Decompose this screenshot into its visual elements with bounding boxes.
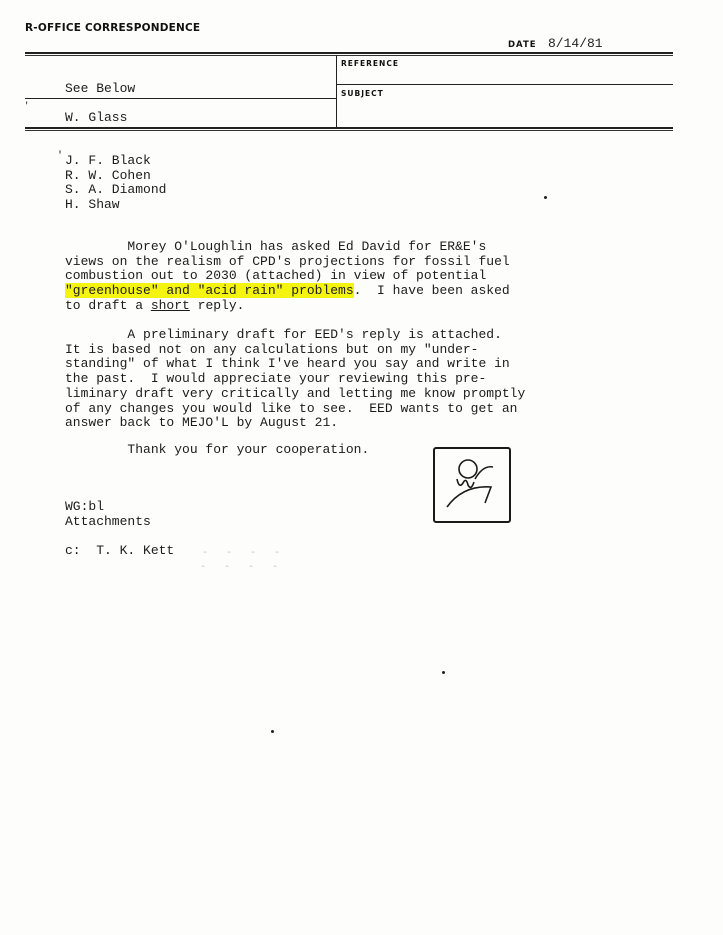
recipient: J. F. Black	[65, 154, 166, 169]
body-text: reply.	[190, 298, 245, 313]
recipient-list: J. F. Black R. W. Cohen S. A. Diamond H.…	[65, 154, 166, 213]
header-divider	[336, 55, 337, 128]
body-line: of any changes you would like to see. EE…	[65, 402, 525, 417]
cc-line: c: T. K. Kett	[65, 544, 174, 559]
closing-line: Thank you for your cooperation.	[65, 443, 369, 458]
from-field: W. Glass	[65, 111, 127, 126]
reference-label: REFERENCE	[341, 59, 399, 68]
stray-mark: '	[24, 101, 29, 111]
body-line: A preliminary draft for EED's reply is a…	[65, 328, 525, 343]
paragraph-1: Morey O'Loughlin has asked Ed David for …	[65, 240, 510, 314]
body-line: the past. I would appreciate your review…	[65, 372, 525, 387]
header-top-rule	[25, 52, 673, 56]
body-line: standing" of what I think I've heard you…	[65, 357, 525, 372]
body-line: answer back to MEJO'L by August 21.	[65, 416, 525, 431]
body-text: to draft a	[65, 298, 151, 313]
stray-mark: '	[57, 151, 63, 162]
subject-label: SUBJECT	[341, 89, 384, 98]
signature-initials-icon	[435, 449, 509, 521]
body-text: . I have been asked	[354, 283, 510, 298]
faint-dashes: - - - -	[202, 548, 286, 559]
body-line: Morey O'Loughlin has asked Ed David for …	[65, 240, 510, 255]
body-line: liminary draft very critically and letti…	[65, 387, 525, 402]
signature-box	[433, 447, 511, 523]
scan-speck	[271, 730, 274, 733]
date-value: 8/14/81	[548, 36, 603, 51]
underlined-text: short	[151, 298, 190, 313]
body-line: It is based not on any calculations but …	[65, 343, 525, 358]
to-field: See Below	[65, 82, 135, 97]
paragraph-2: A preliminary draft for EED's reply is a…	[65, 328, 525, 431]
faint-dashes: - - - -	[200, 562, 284, 573]
header-bottom-rule	[25, 127, 673, 131]
date-label: DATE	[508, 40, 537, 50]
body-line: combustion out to 2030 (attached) in vie…	[65, 269, 510, 284]
body-line: to draft a short reply.	[65, 299, 510, 314]
recipient: S. A. Diamond	[65, 183, 166, 198]
recipient: H. Shaw	[65, 198, 166, 213]
scan-speck	[544, 196, 547, 199]
to-rule	[25, 98, 336, 99]
form-title: R-OFFICE CORRESPONDENCE	[25, 22, 200, 34]
scan-speck	[442, 671, 445, 674]
highlighted-text: "greenhouse" and "acid rain" problems	[65, 283, 354, 298]
body-line: "greenhouse" and "acid rain" problems. I…	[65, 284, 510, 299]
typist-initials: WG:bl	[65, 500, 104, 515]
attachments-note: Attachments	[65, 515, 151, 530]
reference-rule	[337, 84, 673, 85]
body-line: views on the realism of CPD's projection…	[65, 255, 510, 270]
recipient: R. W. Cohen	[65, 169, 166, 184]
